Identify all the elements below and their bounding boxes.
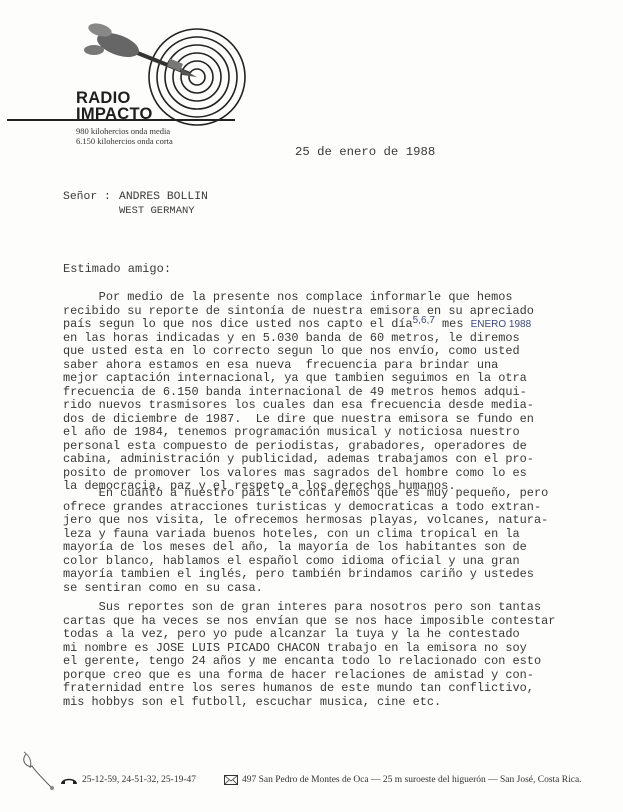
letter-date: 25 de enero de 1988: [295, 145, 435, 159]
frequency-am: 980 kilohercios onda media: [76, 126, 173, 136]
postal-address: 497 San Pedro de Montes de Oca — 25 m su…: [242, 775, 582, 785]
recipient-block: Señor : ANDRES BOLLIN WEST GERMANY: [63, 190, 111, 205]
frequency-sw: 6.150 kilohercios onda corta: [76, 136, 173, 146]
recipient-name: ANDRES BOLLIN: [119, 190, 208, 205]
stamped-days: 5,6,7: [413, 315, 435, 326]
frequency-info: 980 kilohercios onda media 6.150 kiloher…: [76, 126, 173, 146]
paragraph-3: Sus reportes son de gran interes para no…: [63, 601, 555, 709]
phone-numbers: 25-12-59, 24-51-32, 25-19-47: [82, 775, 196, 785]
letterhead-rule: [7, 119, 235, 121]
letterhead-footer: 25-12-59, 24-51-32, 25-19-47 497 San Ped…: [60, 775, 582, 785]
brand-line-1: RADIO: [76, 90, 153, 106]
brand-name: RADIO IMPACTO: [76, 90, 153, 122]
phone-icon: [60, 776, 78, 785]
stamped-month: ENERO 1988: [471, 319, 532, 330]
paragraph-1-rest: en las horas indicadas y en 5.030 banda …: [63, 331, 534, 494]
recipient-country: WEST GERMANY: [119, 204, 195, 219]
paragraph-1: Por medio de la presente nos complace in…: [63, 291, 534, 494]
paragraph-2: En cuanto a nuestro país le contaremos q…: [63, 487, 548, 595]
mes-label: mes: [435, 317, 471, 331]
greeting: Estimado amigo:: [63, 262, 171, 276]
small-dart-icon: [18, 748, 62, 792]
salutation-label: Señor :: [63, 191, 111, 203]
envelope-icon: [224, 775, 238, 785]
